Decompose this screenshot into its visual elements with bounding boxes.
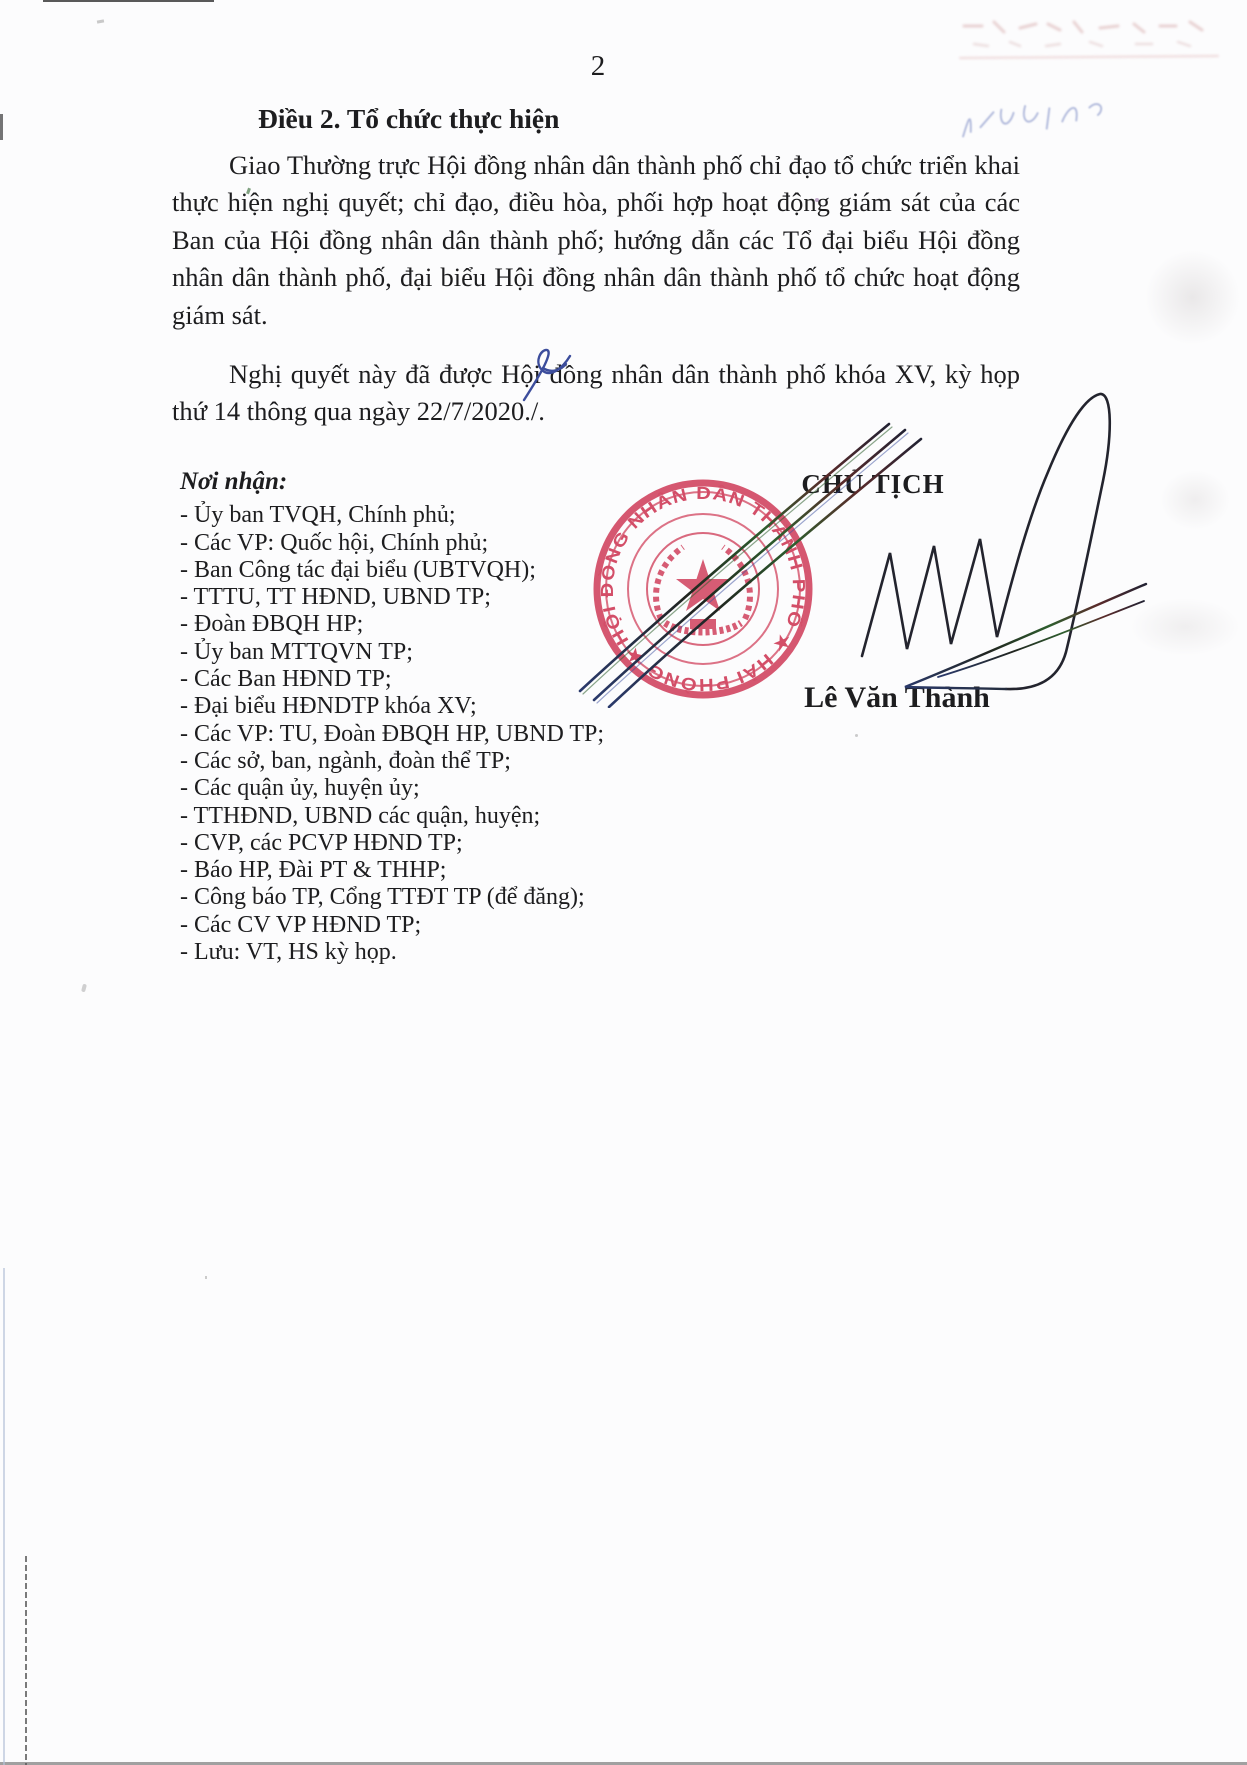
scan-edge-artifact xyxy=(0,114,3,140)
body-paragraph-1: Giao Thường trực Hội đồng nhân dân thành… xyxy=(172,147,1020,334)
scan-fold-line xyxy=(25,1556,27,1765)
body-text-line: Giao Thường trực Hội đồng nhân dân thành… xyxy=(172,147,1020,184)
recipient-line: - Các quận ủy, huyện ủy; xyxy=(180,775,650,802)
recipient-line: - Các sở, ban, ngành, đoàn thể TP; xyxy=(180,748,650,775)
recipient-line: - Công báo TP, Cổng TTĐT TP (để đăng); xyxy=(180,884,650,911)
page-number: 2 xyxy=(578,50,618,83)
bleedthrough-smudge xyxy=(1145,250,1240,345)
body-text-line: nhân dân thành phố, đại biểu Hội đồng nh… xyxy=(172,259,1020,296)
recipient-line: - CVP, các PCVP HĐND TP; xyxy=(180,830,650,857)
body-text-line: giám sát. xyxy=(172,297,1020,334)
recipient-line: - Lưu: VT, HS kỳ họp. xyxy=(180,939,650,966)
document-page: 2 Điều 2. Tổ chức thực hiện Giao Thường … xyxy=(0,0,1247,1765)
ink-speck xyxy=(855,734,858,737)
bleedthrough-ghost-text xyxy=(950,14,1230,66)
scan-edge-artifact xyxy=(3,1268,5,1765)
body-text-line: Ban của Hội đồng nhân dân thành phố; hướ… xyxy=(172,222,1020,259)
recipient-line: - Các CV VP HĐND TP; xyxy=(180,912,650,939)
signature-ink xyxy=(555,378,1170,708)
bleedthrough-smudge xyxy=(1160,470,1230,530)
ink-speck xyxy=(97,19,104,23)
ink-speck xyxy=(81,984,87,993)
recipient-line: - TTHĐND, UBND các quận, huyện; xyxy=(180,803,650,830)
ink-speck xyxy=(205,1276,207,1279)
scan-edge-artifact xyxy=(43,0,214,2)
bleedthrough-ghost-handwriting xyxy=(948,87,1131,149)
recipient-line: - Các VP: TU, Đoàn ĐBQH HP, UBND TP; xyxy=(180,721,650,748)
body-text-line: thực hiện nghị quyết; chỉ đạo, điều hòa,… xyxy=(172,184,1020,221)
article-heading: Điều 2. Tổ chức thực hiện xyxy=(258,103,559,135)
recipient-line: - Báo HP, Đài PT & THHP; xyxy=(180,857,650,884)
